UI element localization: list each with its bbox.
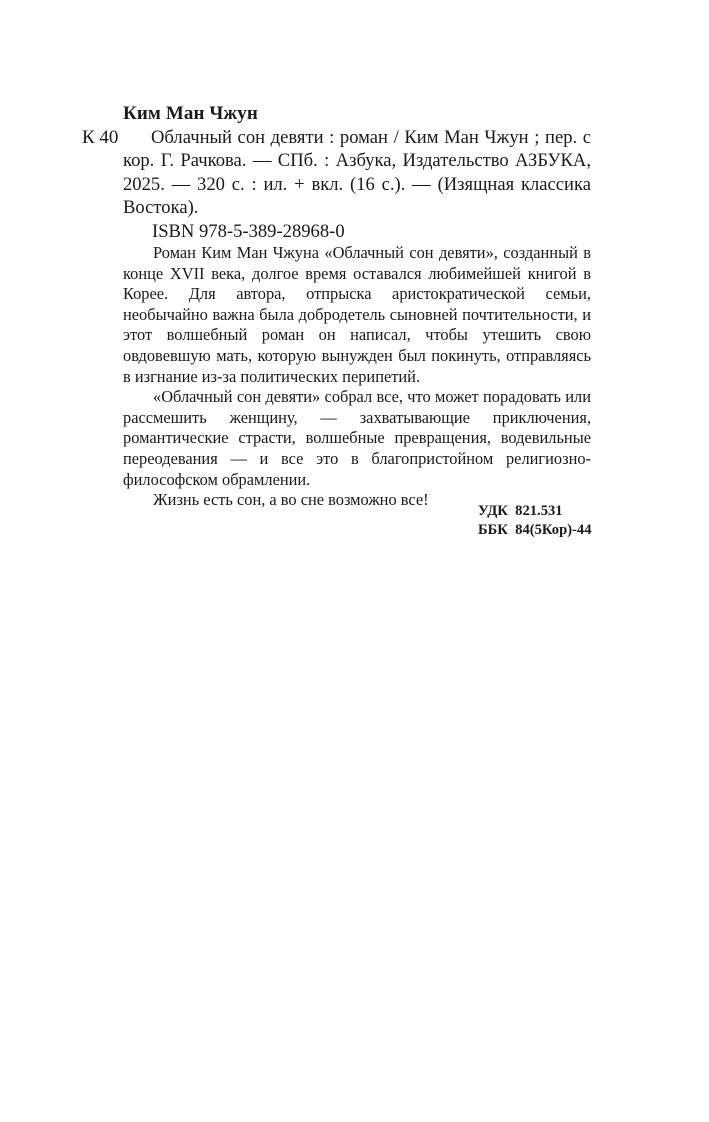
annotation: Роман Ким Ман Чжуна «Облачный сон девяти… xyxy=(123,243,591,511)
classification-codes: УДК 821.531 ББК 84(5Кор)-44 xyxy=(478,502,592,540)
udk-code: УДК 821.531 xyxy=(478,502,592,521)
catalog-page: Ким Ман Чжун К 40 Облачный сон девяти : … xyxy=(0,0,709,1122)
entry-text: Облачный сон девяти : роман / Ким Ман Чж… xyxy=(123,127,591,218)
author-heading: Ким Ман Чжун xyxy=(123,102,258,126)
annotation-paragraph-2: «Облачный сон девяти» собрал все, что мо… xyxy=(123,387,591,490)
bbk-code: ББК 84(5Кор)-44 xyxy=(478,521,592,540)
annotation-paragraph-1: Роман Ким Ман Чжуна «Облачный сон девяти… xyxy=(123,243,591,387)
classmark: К 40 xyxy=(82,126,118,150)
isbn: ISBN 978-5-389-28968-0 xyxy=(152,220,345,243)
bibliographic-entry: Облачный сон девяти : роман / Ким Ман Чж… xyxy=(123,126,591,219)
